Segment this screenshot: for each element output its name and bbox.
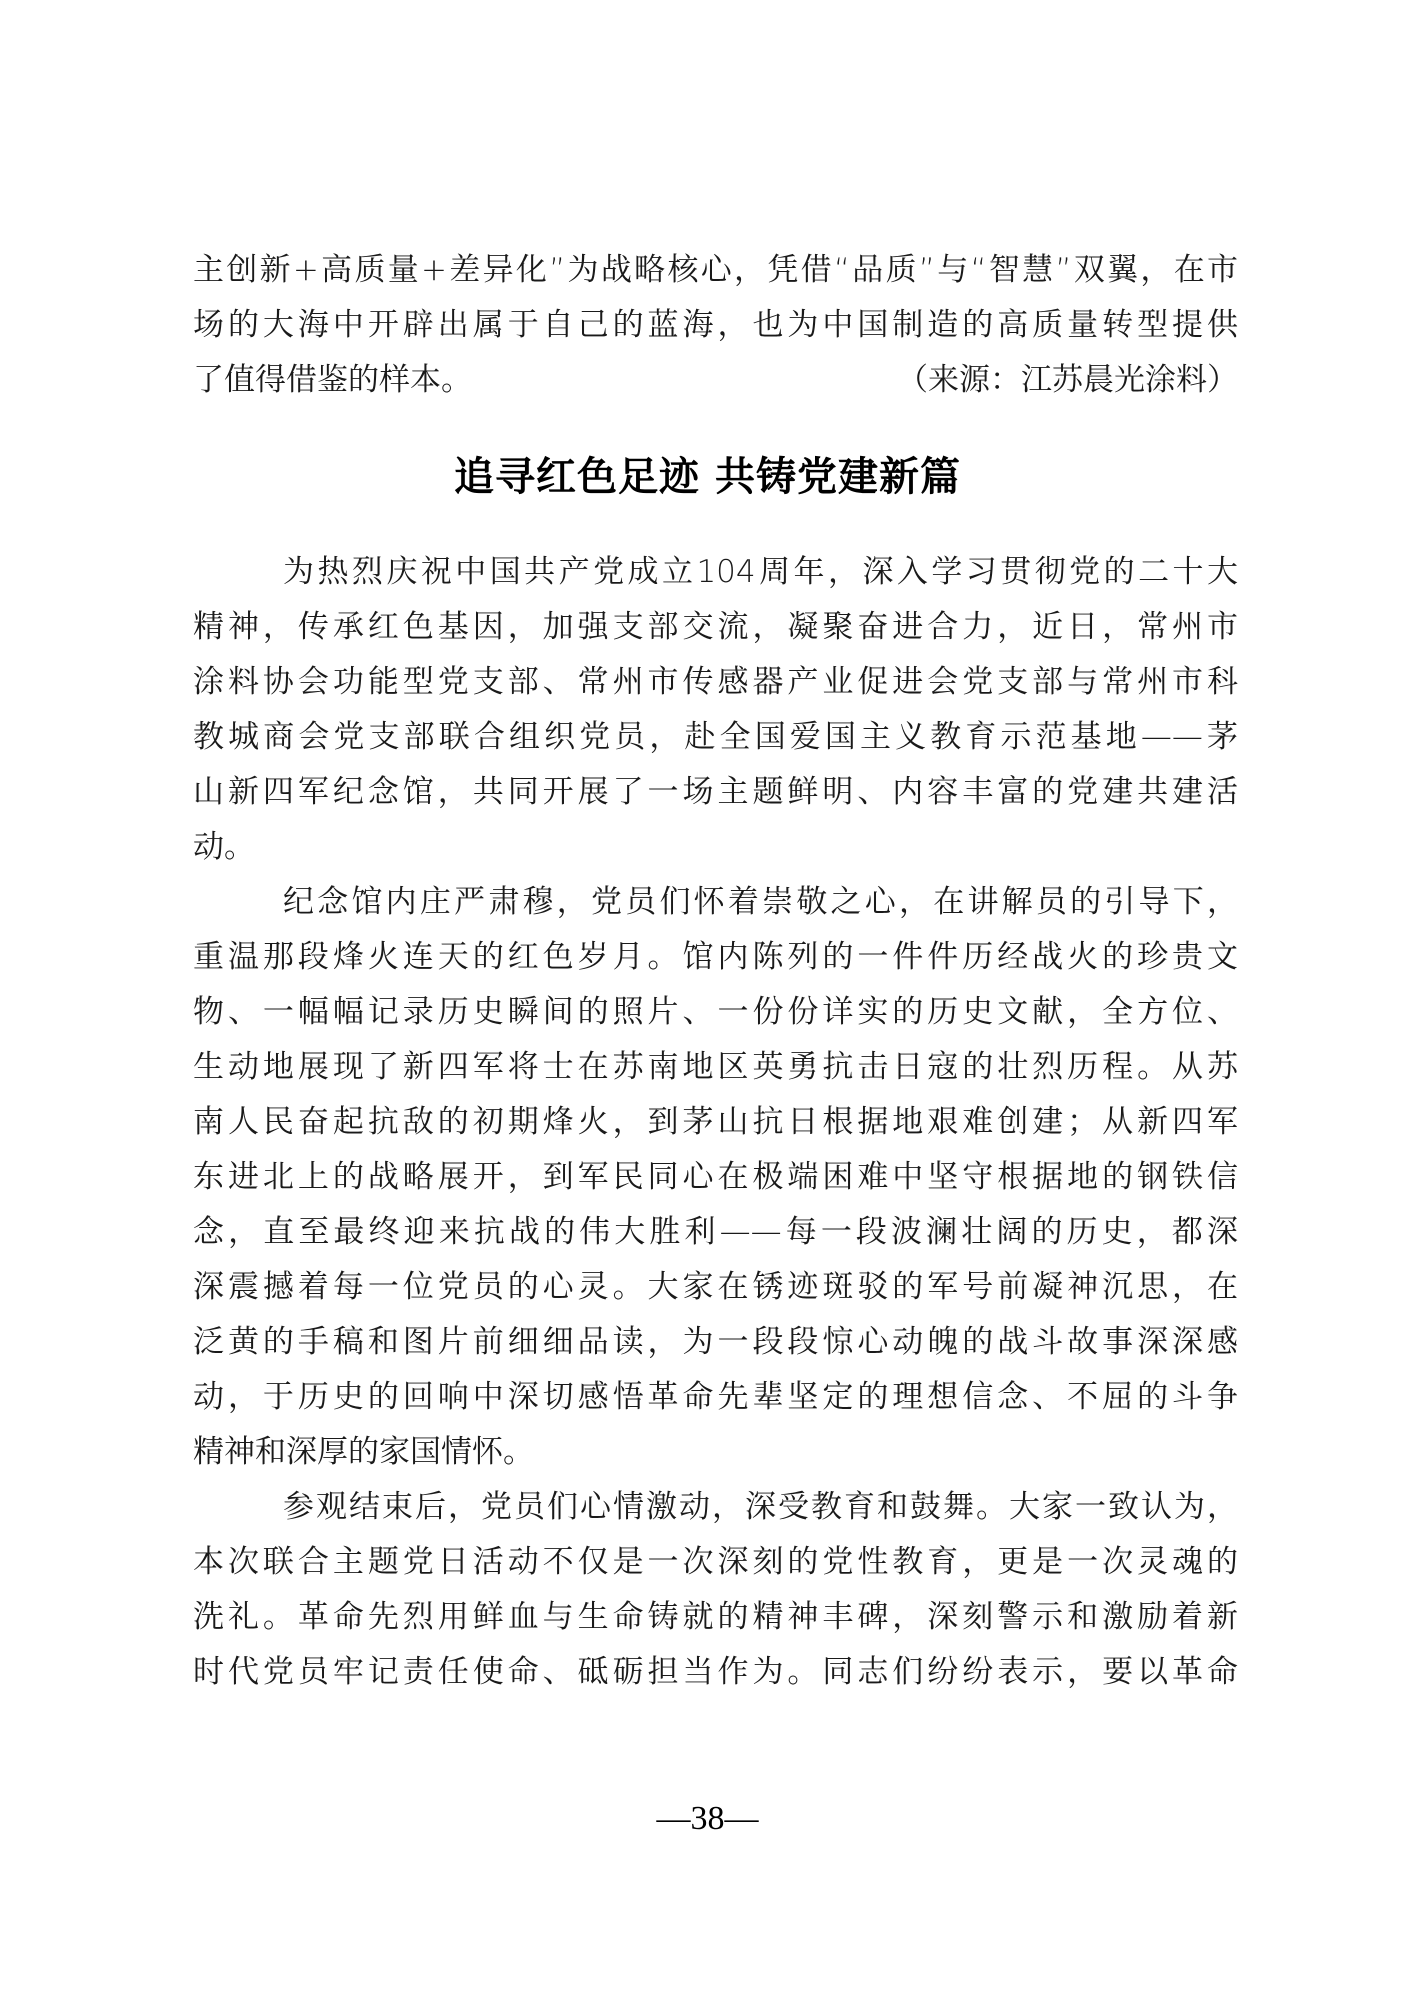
text-line: 南人民奋起抗敌的初期烽火，到茅山抗日根据地艰难创建；从新四军 (193, 1095, 1238, 1150)
source-attribution: （来源：江苏晨光涂料） (897, 353, 1238, 408)
text-line: 精神和深厚的家国情怀。 (193, 1425, 1238, 1480)
text-line-with-source: 了值得借鉴的样本。 （来源：江苏晨光涂料） (193, 353, 1238, 408)
text-line-end: 了值得借鉴的样本。 (193, 353, 472, 408)
text-line: 念，直至最终迎来抗战的伟大胜利——每一段波澜壮阔的历史，都深 (193, 1205, 1238, 1260)
page-number: —38— (0, 1800, 1415, 1838)
article-paragraph-3: 参观结束后，党员们心情激动，深受教育和鼓舞。大家一致认为， 本次联合主题党日活动… (193, 1480, 1238, 1700)
text-line: 参观结束后，党员们心情激动，深受教育和鼓舞。大家一致认为， (193, 1480, 1238, 1535)
text-line: 纪念馆内庄严肃穆，党员们怀着崇敬之心，在讲解员的引导下， (193, 875, 1238, 930)
text-line: 动。 (193, 820, 1238, 875)
previous-article-ending: 主创新+高质量+差异化”为战略核心，凭借“品质”与“智慧”双翼，在市 场的大海中… (193, 243, 1238, 408)
text-line: 重温那段烽火连天的红色岁月。馆内陈列的一件件历经战火的珍贵文 (193, 930, 1238, 985)
text-line: 泛黄的手稿和图片前细细品读，为一段段惊心动魄的战斗故事深深感 (193, 1315, 1238, 1370)
article-paragraph-2: 纪念馆内庄严肃穆，党员们怀着崇敬之心，在讲解员的引导下， 重温那段烽火连天的红色… (193, 875, 1238, 1480)
text-line: 本次联合主题党日活动不仅是一次深刻的党性教育，更是一次灵魂的 (193, 1535, 1238, 1590)
text-line: 场的大海中开辟出属于自己的蓝海，也为中国制造的高质量转型提供 (193, 298, 1238, 353)
text-line: 时代党员牢记责任使命、砥砺担当作为。同志们纷纷表示，要以革命 (193, 1645, 1238, 1700)
article-paragraph-1: 为热烈庆祝中国共产党成立104周年，深入学习贯彻党的二十大 精神，传承红色基因，… (193, 545, 1238, 875)
text-line: 为热烈庆祝中国共产党成立104周年，深入学习贯彻党的二十大 (193, 545, 1238, 600)
text-line: 洗礼。革命先烈用鲜血与生命铸就的精神丰碑，深刻警示和激励着新 (193, 1590, 1238, 1645)
text-line: 精神，传承红色基因，加强支部交流，凝聚奋进合力，近日，常州市 (193, 600, 1238, 655)
article-title: 追寻红色足迹 共铸党建新篇 (0, 442, 1415, 512)
text-line: 生动地展现了新四军将士在苏南地区英勇抗击日寇的壮烈历程。从苏 (193, 1040, 1238, 1095)
text-line: 东进北上的战略展开，到军民同心在极端困难中坚守根据地的钢铁信 (193, 1150, 1238, 1205)
text-line: 动，于历史的回响中深切感悟革命先辈坚定的理想信念、不屈的斗争 (193, 1370, 1238, 1425)
text-line: 主创新+高质量+差异化”为战略核心，凭借“品质”与“智慧”双翼，在市 (193, 243, 1238, 298)
text-line: 山新四军纪念馆，共同开展了一场主题鲜明、内容丰富的党建共建活 (193, 765, 1238, 820)
text-line: 教城商会党支部联合组织党员，赴全国爱国主义教育示范基地——茅 (193, 710, 1238, 765)
document-page: 主创新+高质量+差异化”为战略核心，凭借“品质”与“智慧”双翼，在市 场的大海中… (0, 0, 1415, 2000)
text-line: 深震撼着每一位党员的心灵。大家在锈迹斑驳的军号前凝神沉思，在 (193, 1260, 1238, 1315)
text-line: 涂料协会功能型党支部、常州市传感器产业促进会党支部与常州市科 (193, 655, 1238, 710)
text-line: 物、一幅幅记录历史瞬间的照片、一份份详实的历史文献，全方位、 (193, 985, 1238, 1040)
